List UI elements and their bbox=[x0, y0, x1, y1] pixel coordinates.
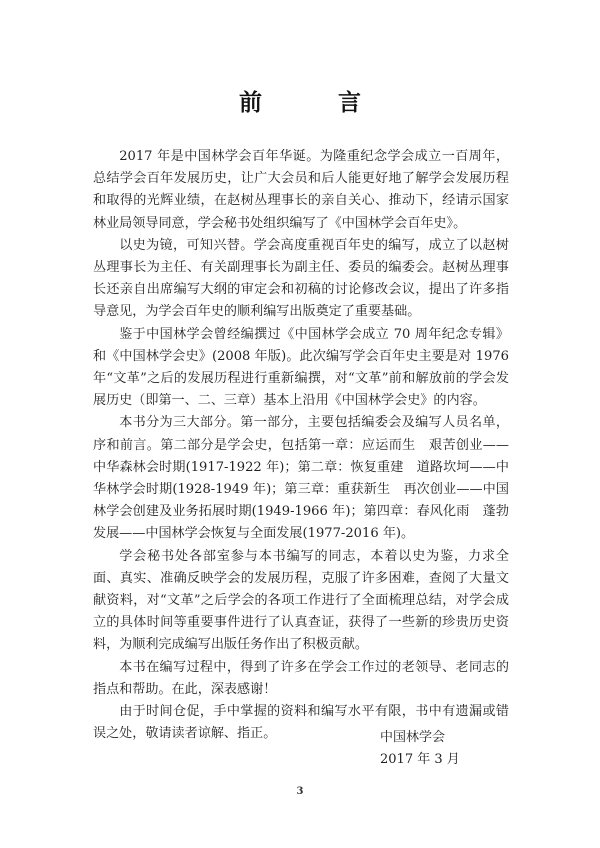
paragraph: 学会秘书处各部室参与本书编写的同志，本着以史为鉴，力求全面、真实、准确反映学会的… bbox=[93, 546, 509, 657]
signature-organization: 中国林学会 bbox=[380, 727, 460, 749]
paragraph: 本书分为三大部分。第一部分，主要包括编委会及编写人员名单，序和前言。第二部分是学… bbox=[93, 412, 509, 545]
page-title: 前 言 bbox=[0, 84, 600, 117]
signature-date: 2017 年 3 月 bbox=[380, 749, 460, 771]
paragraph: 本书在编写过程中，得到了许多在学会工作过的老领导、老同志的指点和帮助。在此，深表… bbox=[93, 657, 509, 701]
signature-block: 中国林学会 2017 年 3 月 bbox=[380, 727, 460, 771]
document-page: 前 言 2017 年是中国林学会百年华诞。为隆重纪念学会成立一百周年，总结学会百… bbox=[0, 0, 600, 848]
page-number: 3 bbox=[0, 786, 600, 797]
paragraph: 2017 年是中国林学会百年华诞。为隆重纪念学会成立一百周年，总结学会百年发展历… bbox=[93, 146, 509, 235]
preface-body: 2017 年是中国林学会百年华诞。为隆重纪念学会成立一百周年，总结学会百年发展历… bbox=[93, 146, 509, 745]
paragraph: 鉴于中国林学会曾经编撰过《中国林学会成立 70 周年纪念专辑》和《中国林学会史》… bbox=[93, 324, 509, 413]
paragraph: 以史为镜，可知兴替。学会高度重视百年史的编写，成立了以赵树丛理事长为主任、有关副… bbox=[93, 235, 509, 324]
